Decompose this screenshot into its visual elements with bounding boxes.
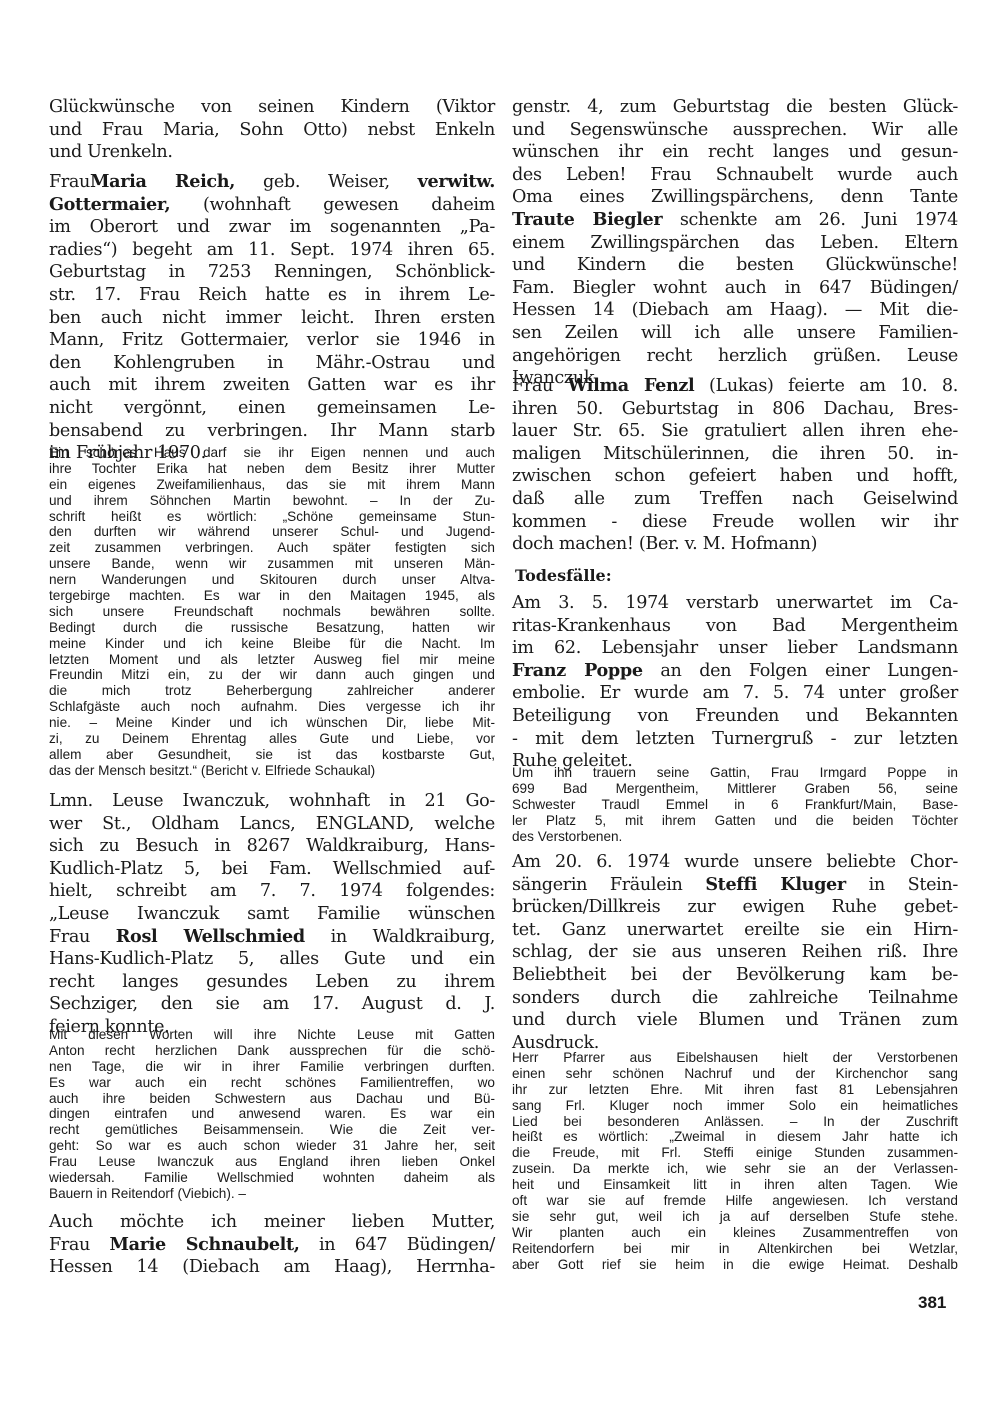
- text-line: Frau Leuse Iwanczuk aus England ihren li…: [49, 1154, 495, 1170]
- text-line: zi, zu Deinem Ehrentag alles Gute und Li…: [49, 731, 495, 747]
- text-line: Fam. Biegler wohnt auch in 647 Büdingen/: [512, 277, 958, 300]
- text-line: Wir planten auch ein kleines Zusammentre…: [512, 1225, 958, 1241]
- text-line: sang Frl. Kluger noch immer Solo ein hei…: [512, 1098, 958, 1114]
- text-line: sängerin Fräulein Steffi Kluger in Stein…: [512, 874, 958, 897]
- text-line: und Kindern die besten Glückwünsche!: [512, 254, 958, 277]
- text-line: Herr Pfarrer aus Eibelshausen hielt der …: [512, 1050, 958, 1066]
- text-line: Schwester Traudl Emmel in 6 Frankfurt/Ma…: [512, 797, 958, 813]
- text-line: embolie. Er wurde am 7. 5. 74 unter groß…: [512, 682, 958, 705]
- text-line: nen Tage, die wir in ihrer Familie verbr…: [49, 1059, 495, 1075]
- text-line: heit und Einsamkeit litt in ihren alten …: [512, 1177, 958, 1193]
- text-line: auch ihre beiden Schwestern aus Dachau u…: [49, 1091, 495, 1107]
- paragraph-leuse-thanks: Mit diesen Worten will ihre Nichte Leuse…: [49, 1027, 495, 1202]
- paragraph-kluger-eulogy: Herr Pfarrer aus Eibelshausen hielt der …: [512, 1050, 958, 1272]
- text-line: Schlafgäste auch noch aufnahm. Dies verg…: [49, 699, 495, 715]
- text-line: des Verstorbenen.: [512, 829, 958, 845]
- text-line: 699 Bad Mergentheim, Mittlerer Graben 56…: [512, 781, 958, 797]
- text-line: letzten Moment und als letzter Ausweg fi…: [49, 652, 495, 668]
- bold-name: Maria Reich,: [90, 171, 235, 192]
- bold-name: verwitw.: [418, 171, 495, 192]
- section-heading-todesfaelle: Todesfälle:: [515, 566, 612, 585]
- text-line: und Urenkeln.: [49, 141, 495, 164]
- text-line: zwischen schon gefeiert haben und hofft,: [512, 465, 958, 488]
- text-line: Am 3. 5. 1974 verstarb unerwartet im Ca-: [512, 592, 958, 615]
- bold-name: Gottermaier,: [49, 194, 170, 215]
- text-line: lauer Str. 65. Sie gratuliert allen ihre…: [512, 420, 958, 443]
- text-line: doch machen! (Ber. v. M. Hofmann): [512, 533, 958, 556]
- text-line: Glückwünsche von seinen Kindern (Viktor: [49, 96, 495, 119]
- paragraph-maria-reich: FrauMaria Reich, geb. Weiser, verwitw.Go…: [49, 171, 495, 465]
- text-line: einem Zwillingspärchen das Leben. Eltern: [512, 232, 958, 255]
- text-line: wünschen ihr ein recht langes und gesun-: [512, 141, 958, 164]
- text-line: wer St., Oldham Lancs, ENGLAND, welche: [49, 813, 495, 836]
- bold-name: Franz Poppe: [512, 660, 643, 681]
- text-line: unsere Bande, wenn wir zusammen mit unse…: [49, 556, 495, 572]
- text-line: meine Kinder und ich keine Bleibe für di…: [49, 636, 495, 652]
- text-line: die mich trotz Beherbergung zahlreicher …: [49, 683, 495, 699]
- bold-name: Wilma Fenzl: [568, 375, 695, 396]
- text-line: nie. – Meine Kinder und ich wünschen Dir…: [49, 715, 495, 731]
- text-line: Sechziger, den sie am 17. August d. J.: [49, 993, 495, 1016]
- text-line: hielt, schreibt am 7. 7. 1974 folgendes:: [49, 880, 495, 903]
- text-line: daß alle zum Treffen nach Geiselwind: [512, 488, 958, 511]
- text-line: sonders durch die zahlreiche Teilnahme: [512, 987, 958, 1010]
- text-line: oft war sie auf fremde Hilfe angewiesen.…: [512, 1193, 958, 1209]
- text-line: nern Wanderungen und Skitouren durch uns…: [49, 572, 495, 588]
- paragraph-wilma-fenzl: Frau Wilma Fenzl (Lukas) feierte am 10. …: [512, 375, 958, 556]
- paragraph-marie-schnaubelt: Auch möchte ich meiner lieben Mutter,Fra…: [49, 1211, 495, 1279]
- text-line: radies“) begeht am 11. Sept. 1974 ihren …: [49, 239, 495, 262]
- text-line: Ein schönes Haus darf sie ihr Eigen nenn…: [49, 445, 495, 461]
- text-line: - mit dem letzten Turnergruß - zur letzt…: [512, 728, 958, 751]
- text-line: Freundin Mitzi ein, zu der wir dann auch…: [49, 667, 495, 683]
- text-line: kommen - diese Freude wollen wir ihr: [512, 511, 958, 534]
- text-line: im 62. Lebensjahr unser lieber Landsmann: [512, 637, 958, 660]
- paragraph-maria-reich-letter: Ein schönes Haus darf sie ihr Eigen nenn…: [49, 445, 495, 779]
- text-line: Am 20. 6. 1974 wurde unsere beliebte Cho…: [512, 851, 958, 874]
- text-line: Geburtstag in 7253 Renningen, Schönblick…: [49, 261, 495, 284]
- text-line: allem aber Gesundheit, sie ist das kostb…: [49, 747, 495, 763]
- text-line: ritas-Krankenhaus von Bad Mergentheim: [512, 615, 958, 638]
- text-line: Anton recht herzlichen Dank aussprechen …: [49, 1043, 495, 1059]
- text-line: sich zu Besuch in 8267 Waldkraiburg, Han…: [49, 835, 495, 858]
- text-line: bensabend zu verbringen. Ihr Mann starb: [49, 420, 495, 443]
- page-number: 381: [918, 1293, 946, 1313]
- text-line: Beliebtheit bei der Bevölkerung kam be-: [512, 964, 958, 987]
- text-line: und Segenswünsche aussprechen. Wir alle: [512, 119, 958, 142]
- text-line: sie sehr gut, weil ich ja auf derselben …: [512, 1209, 958, 1225]
- text-line: ben auch nicht immer leicht. Ihren erste…: [49, 307, 495, 330]
- text-line: genstr. 4, zum Geburtstag die besten Glü…: [512, 96, 958, 119]
- text-line: aber Gott rief sie heim in die ewige Hei…: [512, 1257, 958, 1273]
- text-line: und ihrem Söhnchen Martin bewohnt. – In …: [49, 493, 495, 509]
- text-line: ein eigenes Zweifamilienhaus, das sie mi…: [49, 477, 495, 493]
- text-line: nicht vergönnt, einen gemeinsamen Le-: [49, 397, 495, 420]
- text-line: maligen Mitschülerinnen, die ihren 50. i…: [512, 443, 958, 466]
- text-line: ler Platz 5, mit ihrem Gatten und die be…: [512, 813, 958, 829]
- paragraph-franz-poppe: Am 3. 5. 1974 verstarb unerwartet im Ca-…: [512, 592, 958, 773]
- text-line: Reitendorfern bei mir in Altenkirchen be…: [512, 1241, 958, 1257]
- text-line: sen Zeilen will ich alle unsere Familien…: [512, 322, 958, 345]
- text-line: einen sehr schönen Nachruf und der Kirch…: [512, 1066, 958, 1082]
- text-line: Hessen 14 (Diebach am Haag). — Mit die-: [512, 299, 958, 322]
- text-line: wiedersah. Familie Wellschmied wohnten d…: [49, 1170, 495, 1186]
- text-line: sich unsere Freundschaft nochmals bewähr…: [49, 604, 495, 620]
- bold-name: Steffi Kluger: [705, 874, 846, 895]
- text-line: ihren 50. Geburtstag in 806 Dachau, Bres…: [512, 398, 958, 421]
- text-line: Frau Wilma Fenzl (Lukas) feierte am 10. …: [512, 375, 958, 398]
- text-line: brücken/Dillkreis zur ewigen Ruhe gebet-: [512, 896, 958, 919]
- text-line: Mann, Fritz Gottermaier, verlor sie 1946…: [49, 329, 495, 352]
- text-line: tet. Ganz unerwartet ereilte sie ein Hir…: [512, 919, 958, 942]
- text-line: Frau Marie Schnaubelt, in 647 Büdingen/: [49, 1234, 495, 1257]
- text-line: Frau Rosl Wellschmied in Waldkraiburg,: [49, 926, 495, 949]
- text-line: recht gemütliches Beisammensein. Wie die…: [49, 1122, 495, 1138]
- text-line: Um ihn trauern seine Gattin, Frau Irmgar…: [512, 765, 958, 781]
- paragraph-leuse-iwanczuk: Lmn. Leuse Iwanczuk, wohnhaft in 21 Go-w…: [49, 790, 495, 1039]
- text-line: ihr zur letzten Ehre. Mit ihren fast 81 …: [512, 1082, 958, 1098]
- text-line: angehörigen recht herzlich grüßen. Leuse: [512, 345, 958, 368]
- bold-name: Traute Biegler: [512, 209, 662, 230]
- text-line: Beteiligung von Freunden und Bekannten: [512, 705, 958, 728]
- text-line: „Leuse Iwanczuk samt Familie wünschen: [49, 903, 495, 926]
- bold-name: Marie Schnaubelt,: [110, 1234, 300, 1255]
- text-line: schlag, der sie aus unseren Reihen riß. …: [512, 941, 958, 964]
- text-line: dingen eintrafen und anwesend waren. Es …: [49, 1106, 495, 1122]
- text-line: FrauMaria Reich, geb. Weiser, verwitw.: [49, 171, 495, 194]
- text-line: Bedingt durch die russische Besatzung, h…: [49, 620, 495, 636]
- text-line: geht: So war es auch schon wieder 31 Jah…: [49, 1138, 495, 1154]
- text-line: recht langes gesundes Leben zu ihrem: [49, 971, 495, 994]
- text-line: den Kohlengruben in Mähr.-Ostrau und: [49, 352, 495, 375]
- text-line: zusein. Da merkte ich, wie sehr sie an d…: [512, 1161, 958, 1177]
- text-line: Hans-Kudlich-Platz 5, alles Gute und ein: [49, 948, 495, 971]
- text-line: und durch viele Blumen und Tränen zum: [512, 1009, 958, 1032]
- text-line: Bauern in Reitendorf (Viebich). –: [49, 1186, 495, 1202]
- paragraph-birthday-wishes-end: Glückwünsche von seinen Kindern (Viktoru…: [49, 96, 495, 164]
- paragraph-steffi-kluger: Am 20. 6. 1974 wurde unsere beliebte Cho…: [512, 851, 958, 1054]
- text-line: Hessen 14 (Diebach am Haag), Herrnha-: [49, 1256, 495, 1279]
- text-line: Gottermaier, (wohnhaft gewesen daheim: [49, 194, 495, 217]
- text-line: Oma eines Zwillingspärchens, denn Tante: [512, 186, 958, 209]
- text-line: Lmn. Leuse Iwanczuk, wohnhaft in 21 Go-: [49, 790, 495, 813]
- text-line: des Leben! Frau Schnaubelt wurde auch: [512, 164, 958, 187]
- text-line: str. 17. Frau Reich hatte es in ihrem Le…: [49, 284, 495, 307]
- text-line: ihre Tochter Erika hat neben dem Besitz …: [49, 461, 495, 477]
- text-line: Franz Poppe an den Folgen einer Lungen-: [512, 660, 958, 683]
- text-line: schrift heißt es wörtlich: „Schöne gemei…: [49, 509, 495, 525]
- text-line: den durften wir während unserer Schul- u…: [49, 524, 495, 540]
- text-line: Es war auch ein recht schönes Familientr…: [49, 1075, 495, 1091]
- text-line: Kudlich-Platz 5, bei Fam. Wellschmied au…: [49, 858, 495, 881]
- paragraph-poppe-mourners: Um ihn trauern seine Gattin, Frau Irmgar…: [512, 765, 958, 844]
- text-line: auch mit ihrem zweiten Gatten war es ihr: [49, 374, 495, 397]
- text-line: zeit zusammen verbringen. Auch später fe…: [49, 540, 495, 556]
- bold-name: Rosl Wellschmied: [116, 926, 305, 947]
- text-line: Auch möchte ich meiner lieben Mutter,: [49, 1211, 495, 1234]
- text-line: Lied bei besonderen Anlässen. – In der Z…: [512, 1114, 958, 1130]
- paragraph-schnaubelt-continued: genstr. 4, zum Geburtstag die besten Glü…: [512, 96, 958, 390]
- text-line: das der Mensch besitzt.“ (Bericht v. Elf…: [49, 763, 495, 779]
- text-line: Traute Biegler schenkte am 26. Juni 1974: [512, 209, 958, 232]
- text-line: im Oberort und zwar im sogenannten „Pa-: [49, 216, 495, 239]
- text-line: tergebirge machten. Es war in den Maitag…: [49, 588, 495, 604]
- text-line: die Freude, mit Frl. Steffi einige Stund…: [512, 1145, 958, 1161]
- text-line: Mit diesen Worten will ihre Nichte Leuse…: [49, 1027, 495, 1043]
- text-line: heißt es wörtlich: „Zweimal in diesem Ja…: [512, 1129, 958, 1145]
- text-line: und Frau Maria, Sohn Otto) nebst Enkeln: [49, 119, 495, 142]
